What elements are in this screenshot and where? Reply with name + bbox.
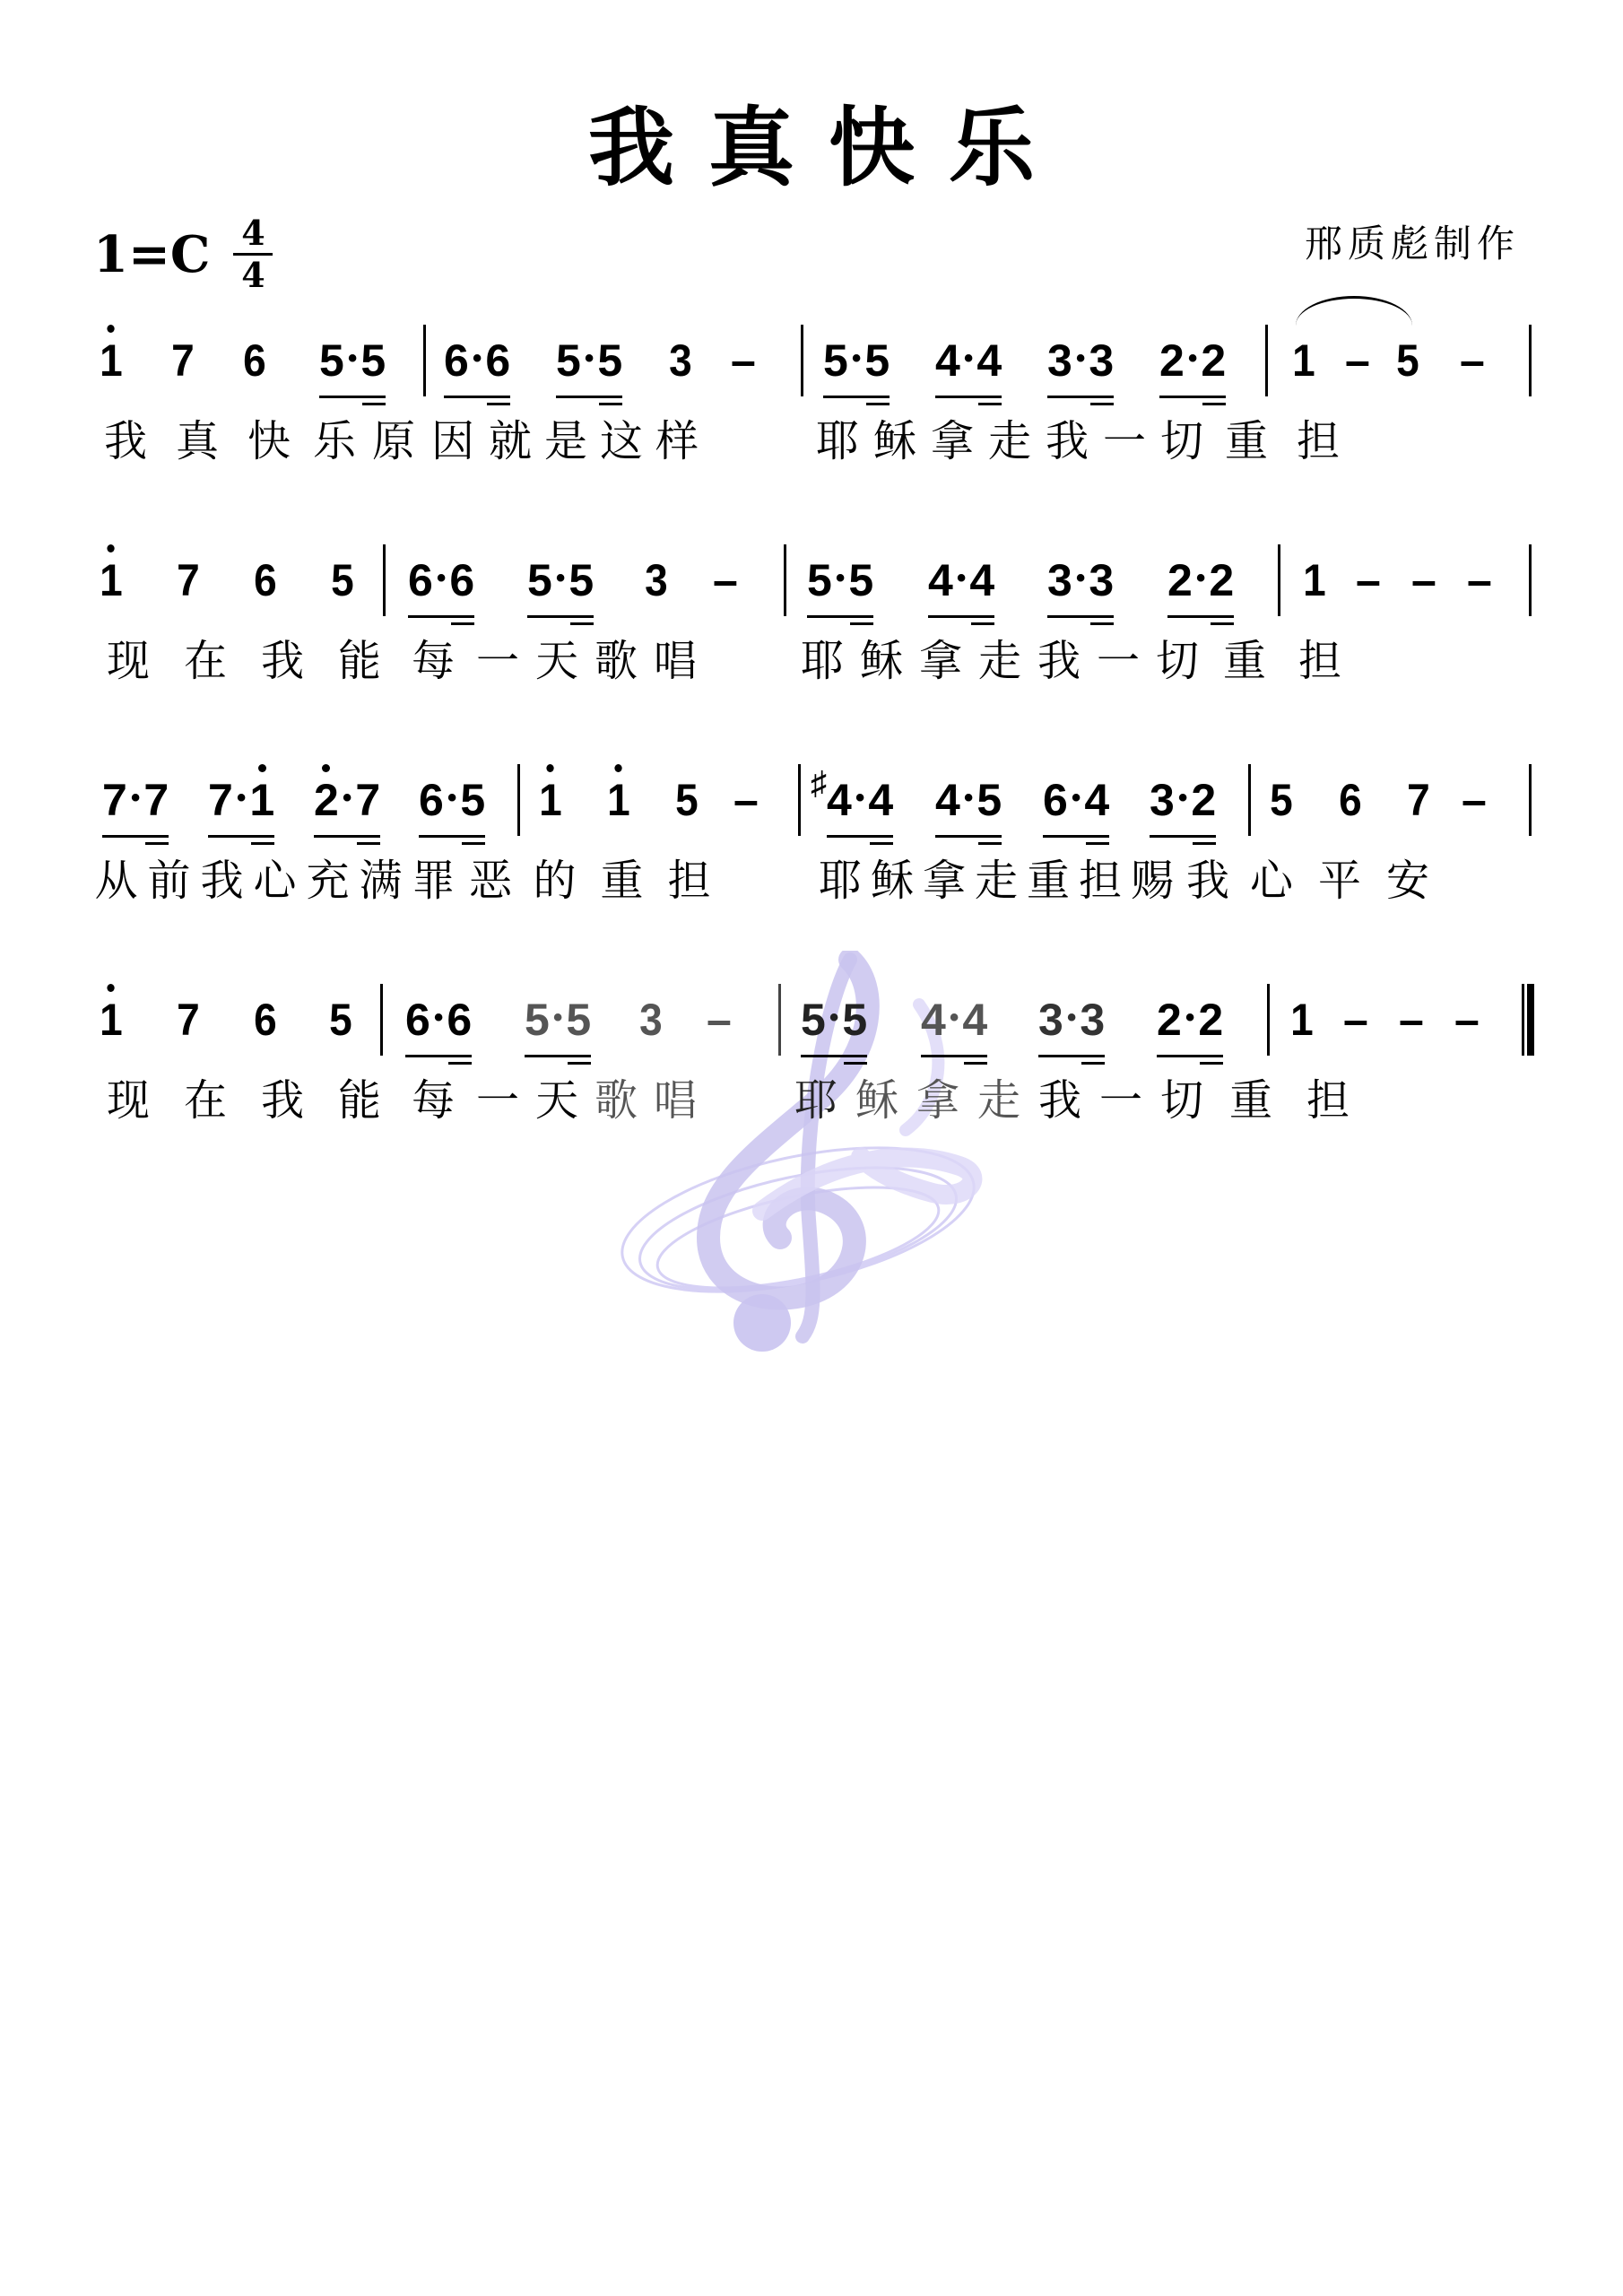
underline xyxy=(599,403,622,405)
underline xyxy=(978,403,1002,405)
note-pair: 4•4 xyxy=(827,775,893,829)
underline xyxy=(1193,842,1216,845)
note-pair: 3•3 xyxy=(1047,555,1114,609)
bar-line xyxy=(1529,325,1532,396)
score-row-3: 7•7 7•1 2•7 6•5 1 1 5 – ♯ 4•4 4•5 6•4 3•… xyxy=(0,764,1623,952)
underline xyxy=(314,835,380,838)
note-pair: 3•3 xyxy=(1038,995,1105,1048)
tie-arc xyxy=(1296,296,1412,326)
lyrics-line: 我真快乐原因就是这样 xyxy=(90,414,705,468)
bar-line xyxy=(784,544,786,616)
note: 3 xyxy=(645,555,668,605)
note-pair: 6•4 xyxy=(1043,775,1109,829)
note: 1 xyxy=(100,335,123,386)
underline xyxy=(462,842,485,845)
underline xyxy=(844,1062,867,1065)
note-pair: 5•5 xyxy=(319,335,386,389)
underline xyxy=(1200,1062,1223,1065)
note: 3 xyxy=(639,995,663,1045)
sustain-dash: – xyxy=(1343,995,1368,1045)
note-pair: 5•5 xyxy=(823,335,890,389)
note: 5 xyxy=(331,555,354,605)
underline xyxy=(568,1062,591,1065)
note: 5 xyxy=(1270,775,1293,825)
score-row-1: 1 7 6 5•5 6•6 5•5 3 – 5•5 4•4 3•3 2•2 1 … xyxy=(0,325,1623,513)
bar-line xyxy=(1248,764,1251,836)
bar-line xyxy=(1529,544,1532,616)
underline xyxy=(319,396,386,398)
note: 6 xyxy=(254,995,277,1045)
underline xyxy=(527,615,594,618)
note: 7 xyxy=(171,335,195,386)
underline xyxy=(1038,1055,1105,1057)
underline xyxy=(408,615,474,618)
note-pair: 2•7 xyxy=(314,775,380,829)
underline xyxy=(1157,1055,1223,1057)
note: 6 xyxy=(1339,775,1362,825)
note-pair: 5•5 xyxy=(807,555,873,609)
note-pair: 6•6 xyxy=(444,335,510,389)
note-pair: 6•6 xyxy=(405,995,472,1048)
bar-line xyxy=(1265,325,1268,396)
bar-line xyxy=(517,764,520,836)
note-pair: 4•4 xyxy=(921,995,987,1048)
underline xyxy=(448,1062,472,1065)
sustain-dash: – xyxy=(1467,555,1492,605)
sustain-dash: – xyxy=(1460,335,1485,386)
underline xyxy=(525,1055,591,1057)
note: 5 xyxy=(1396,335,1419,386)
note-pair: 5•5 xyxy=(556,335,622,389)
bar-line xyxy=(798,764,801,836)
note-pair: 5•5 xyxy=(801,995,867,1048)
note: 1 xyxy=(1303,555,1326,605)
sustain-dash: – xyxy=(1345,335,1370,386)
sustain-dash: – xyxy=(1454,995,1480,1045)
underline xyxy=(1202,403,1226,405)
note: 1 xyxy=(100,995,123,1045)
note-pair: 4•4 xyxy=(928,555,994,609)
time-signature: 4 4 xyxy=(233,215,273,293)
underline xyxy=(1086,842,1109,845)
lyrics-line: 从前我心充满罪恶的重担 xyxy=(90,854,723,908)
note: 5 xyxy=(329,995,352,1045)
underline xyxy=(362,403,386,405)
note: 1 xyxy=(607,775,630,825)
key-signature: 1=C 4 4 xyxy=(93,215,273,293)
underline xyxy=(823,396,890,398)
note: 5 xyxy=(675,775,699,825)
time-numerator: 4 xyxy=(241,215,265,251)
underline xyxy=(827,835,893,838)
underline xyxy=(570,622,594,625)
underline xyxy=(556,396,622,398)
lyrics-line: 耶稣拿走我一切重担 xyxy=(785,1074,1367,1127)
sustain-dash: – xyxy=(1356,555,1381,605)
underline xyxy=(1211,622,1234,625)
bar-line xyxy=(383,544,386,616)
underline xyxy=(145,842,169,845)
underline xyxy=(1090,622,1114,625)
sustain-dash: – xyxy=(707,995,732,1045)
note-pair: 6•5 xyxy=(419,775,485,829)
underline xyxy=(208,835,274,838)
note: 1 xyxy=(1290,995,1314,1045)
note-pair: 5•5 xyxy=(525,995,591,1048)
underline xyxy=(1150,835,1216,838)
underline xyxy=(1167,615,1234,618)
underline xyxy=(102,835,169,838)
bar-line xyxy=(423,325,426,396)
note-pair: 4•4 xyxy=(935,335,1002,389)
underline xyxy=(1047,396,1114,398)
note: 1 xyxy=(100,555,123,605)
lyrics-line: 耶稣拿走我一切重担 xyxy=(793,634,1358,688)
note-pair: 7•7 xyxy=(102,775,169,829)
lyrics-line: 耶稣拿走我一切重担 xyxy=(809,414,1354,468)
note-pair: 3•3 xyxy=(1047,335,1114,389)
note-pair: 2•2 xyxy=(1157,995,1223,1048)
key-label: 1=C xyxy=(93,223,210,286)
underline xyxy=(921,1055,987,1057)
sustain-dash: – xyxy=(731,335,756,386)
bar-line xyxy=(801,325,803,396)
underline xyxy=(850,622,873,625)
note-pair: 2•2 xyxy=(1159,335,1226,389)
underline xyxy=(487,403,510,405)
underline xyxy=(1159,396,1226,398)
underline xyxy=(935,835,1002,838)
score-row-4: 1 7 6 5 6•6 5•5 3 – 5•5 4•4 3•3 2•2 1 – … xyxy=(0,984,1623,1172)
underline xyxy=(928,615,994,618)
underline xyxy=(251,842,274,845)
sustain-dash: – xyxy=(1399,995,1424,1045)
note-pair: 3•2 xyxy=(1150,775,1216,829)
bar-line xyxy=(380,984,383,1056)
bar-line xyxy=(1267,984,1270,1056)
lyrics-line: 现在我能每一天歌唱 xyxy=(90,634,705,688)
bar-line xyxy=(1529,764,1532,836)
underline xyxy=(444,396,510,398)
note-pair: 7•1 xyxy=(208,775,274,829)
underline xyxy=(801,1055,867,1057)
underline xyxy=(870,842,893,845)
underline xyxy=(451,622,474,625)
lyrics-line: 现在我能每一天歌唱 xyxy=(90,1074,705,1127)
underline xyxy=(866,403,890,405)
note: 1 xyxy=(1292,335,1315,386)
underline xyxy=(1047,615,1114,618)
song-title: 我真快乐 xyxy=(0,94,1623,202)
note-pair: 4•5 xyxy=(935,775,1002,829)
author-credit: 邢质彪制作 xyxy=(1305,217,1520,271)
underline xyxy=(357,842,380,845)
sustain-dash: – xyxy=(733,775,759,825)
time-denominator: 4 xyxy=(241,257,265,293)
note: 7 xyxy=(177,555,200,605)
underline xyxy=(419,835,485,838)
underline xyxy=(405,1055,472,1057)
note: 1 xyxy=(539,775,562,825)
sharp-accidental: ♯ xyxy=(811,764,827,802)
note: 7 xyxy=(177,995,200,1045)
note-pair: 2•2 xyxy=(1167,555,1234,609)
note-pair: 6•6 xyxy=(408,555,474,609)
underline xyxy=(1081,1062,1105,1065)
final-double-bar-line xyxy=(1522,984,1534,1056)
underline xyxy=(964,1062,987,1065)
underline xyxy=(971,622,994,625)
underline xyxy=(807,615,873,618)
note: 7 xyxy=(1407,775,1430,825)
underline xyxy=(978,842,1002,845)
sustain-dash: – xyxy=(713,555,738,605)
sustain-dash: – xyxy=(1462,775,1487,825)
note: 3 xyxy=(669,335,692,386)
score-row-2: 1 7 6 5 6•6 5•5 3 – 5•5 4•4 3•3 2•2 1 – … xyxy=(0,544,1623,733)
sustain-dash: – xyxy=(1411,555,1436,605)
note-pair: 5•5 xyxy=(527,555,594,609)
underline xyxy=(1043,835,1109,838)
underline xyxy=(1090,403,1114,405)
bar-line xyxy=(1278,544,1280,616)
underline xyxy=(935,396,1002,398)
note: 6 xyxy=(243,335,266,386)
lyrics-line: 耶稣拿走重担赐我心平安 xyxy=(814,854,1442,908)
note: 6 xyxy=(254,555,277,605)
bar-line xyxy=(778,984,781,1056)
